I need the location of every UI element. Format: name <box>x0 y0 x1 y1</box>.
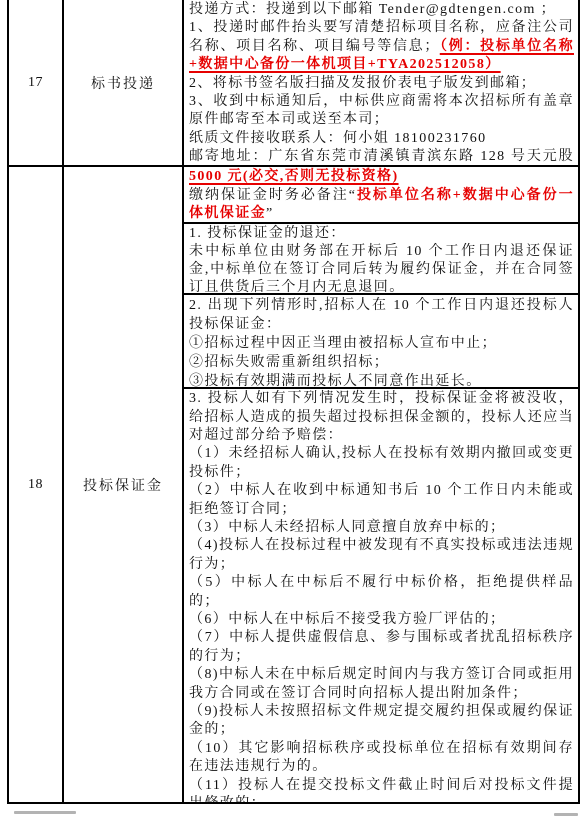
scrollbar-fragment-right[interactable] <box>554 813 578 816</box>
mail-subject-rule: 1、投递时邮件抬头要写清楚招标项目名称，应备注公司名称、项目名称、项目编号等信息… <box>189 19 574 74</box>
deposit-amount-highlight: 5000 元(必交,否则无投标资格) <box>189 169 399 184</box>
deposit-remark-prefix: 缴纳保证金时务必备注“ <box>189 188 356 203</box>
mail-item-3: 3、收到中标通知后，中标供应商需将本次招标所有盖章原件邮寄至本司或送至本司； <box>189 93 574 130</box>
row-17-label: 标书投递 <box>63 0 183 166</box>
row-18-label: 投标保证金 <box>63 166 183 803</box>
forfeit-item: （8)中标人未在中标后规定时间内与我方签订合同或拒用我方合同或在签订合同时向招标… <box>189 666 574 703</box>
table-row-18: 18 投标保证金 5000 元(必交,否则无投标资格) 缴纳保证金时务必备注“投… <box>8 166 579 803</box>
refund-case-item: ③投标有效期满而投标人不同意作出延长。 <box>189 372 574 387</box>
deposit-refund-section: 1. 投标保证金的退还： 未中标单位由财务部在开标后 10 个工作日内退还保证金… <box>184 222 578 292</box>
deposit-forfeit-section: 3. 投标人如有下列情况发生时，投标保证金将被没收，给招标人造成的损失超过投标担… <box>184 387 578 802</box>
refund-case-item: ②招标失败需重新组织招标； <box>189 353 574 372</box>
refund-cases-heading: 2. 出现下列情形时,招标人在 10 个工作日内退还投标人投标保证金： <box>189 296 574 334</box>
paper-contact-line: 纸质文件接收联系人：何小姐 18100231760 <box>189 130 574 148</box>
forfeit-item: （5）中标人在中标后不履行中标价格，拒绝提供样品的； <box>189 574 574 611</box>
deposit-sections: 5000 元(必交,否则无投标资格) 缴纳保证金时务必备注“投标单位名称+数据中… <box>184 167 578 802</box>
deposit-amount-line: 5000 元(必交,否则无投标资格) <box>189 168 574 187</box>
row-17-number: 17 <box>8 0 63 166</box>
delivery-method-line: 投递方式：投递到以下邮箱 Tender@gdtengen.com ； <box>189 1 574 19</box>
mailing-address-line: 邮寄地址：广东省东莞市清溪镇青滨东路 128 号天元股份 <box>189 148 574 165</box>
tender-info-table: 17 标书投递 投递方式：投递到以下邮箱 Tender@gdtengen.com… <box>7 0 580 804</box>
row-18-content-cell: 5000 元(必交,否则无投标资格) 缴纳保证金时务必备注“投标单位名称+数据中… <box>183 166 579 803</box>
deposit-remark-suffix: ” <box>266 206 274 221</box>
mail-item-3-text: 3、收到中标通知后，中标供应商需将本次招标所有盖章原件邮寄至本司或送至本司； <box>189 94 574 127</box>
forfeit-item: （2）中标人在收到中标通知书后 10 个工作日内未能或拒绝签订合同； <box>189 482 574 519</box>
delivery-method-text: 投递方式：投递到以下邮箱 Tender@gdtengen.com ； <box>189 2 556 17</box>
mailing-address-text: 邮寄地址：广东省东莞市清溪镇青滨东路 128 号天元股份 <box>189 149 574 165</box>
refund-cases-section: 2. 出现下列情形时,招标人在 10 个工作日内退还投标人投标保证金： ①招标过… <box>184 293 578 387</box>
paper-contact-text: 纸质文件接收联系人：何小姐 18100231760 <box>189 131 487 146</box>
forfeit-item: （10）其它影响招标秩序或投标单位在招标有效期间存在违法违规行为的。 <box>189 740 574 777</box>
deposit-remark-line: 缴纳保证金时务必备注“投标单位名称+数据中心备份一体机保证金” <box>189 187 574 223</box>
table-row-17: 17 标书投递 投递方式：投递到以下邮箱 Tender@gdtengen.com… <box>8 0 579 166</box>
forfeit-item: （9)投标人未按照招标文件规定提交履约担保或履约保证金的； <box>189 703 574 740</box>
refund-heading: 1. 投标保证金的退还： <box>189 225 574 243</box>
forfeit-item: （6）中标人在中标后不接受我方验厂评估的； <box>189 611 574 629</box>
forfeit-item: （4)投标人在投标过程中被发现有不真实投标或违法违规行为； <box>189 537 574 574</box>
forfeit-item: （3）中标人未经招标人同意擅自放弃中标的； <box>189 519 574 537</box>
forfeit-item: （11）投标人在提交投标文件截止时间后对投标文件提出修改的； <box>189 777 574 802</box>
mail-item-2-text: 2、将标书签名版扫描及发报价表电子版发到邮箱； <box>189 76 536 91</box>
deposit-amount-section: 5000 元(必交,否则无投标资格) 缴纳保证金时务必备注“投标单位名称+数据中… <box>184 167 578 222</box>
forfeit-item: （7）中标人提供虚假信息、参与围标或者扰乱招标秩序的行为； <box>189 629 574 666</box>
forfeit-heading: 3. 投标人如有下列情况发生时，投标保证金将被没收，给招标人造成的损失超过投标担… <box>189 390 574 445</box>
row-17-content-cell: 投递方式：投递到以下邮箱 Tender@gdtengen.com ； 1、投递时… <box>183 0 579 166</box>
refund-body: 未中标单位由财务部在开标后 10 个工作日内退还保证金,中标单位在签订合同后转为… <box>189 243 574 292</box>
document-page: 17 标书投递 投递方式：投递到以下邮箱 Tender@gdtengen.com… <box>0 0 582 819</box>
forfeit-item: （1）未经招标人确认,投标人在投标有效期内撤回或变更投标件； <box>189 445 574 482</box>
scrollbar-fragment-left[interactable] <box>14 811 76 814</box>
row-18-number: 18 <box>8 166 63 803</box>
mail-item-2: 2、将标书签名版扫描及发报价表电子版发到邮箱； <box>189 75 574 93</box>
refund-case-item: ①招标过程中因正当理由被招标人宣布中止； <box>189 334 574 353</box>
